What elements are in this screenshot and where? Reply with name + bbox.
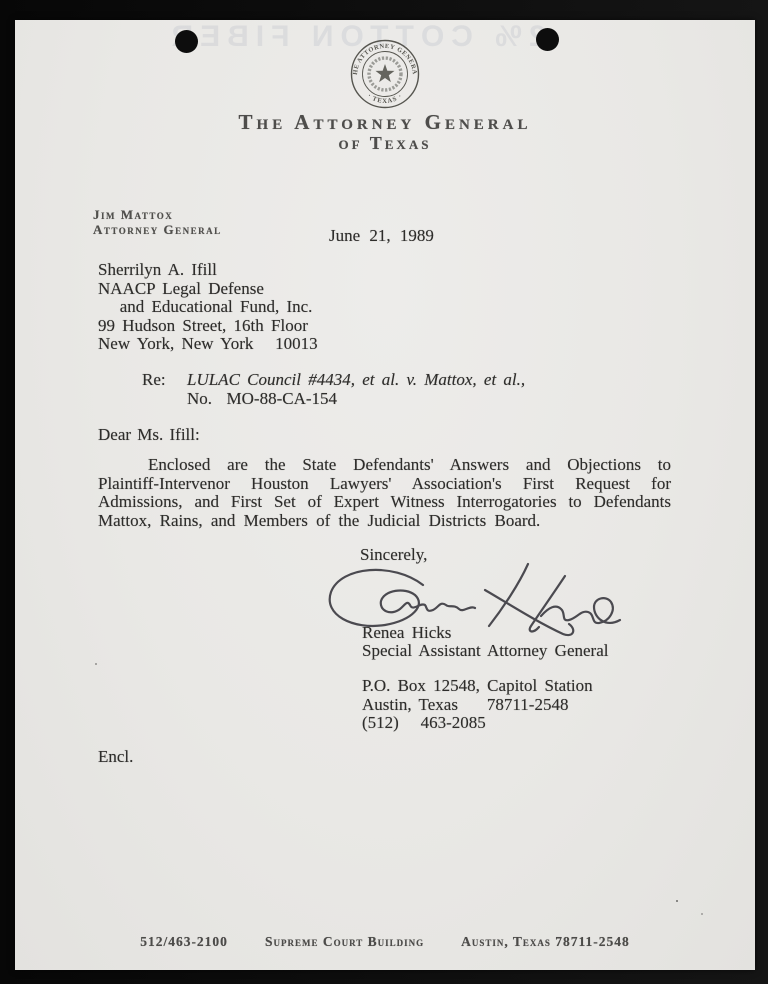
masthead-title-line1: The Attorney General — [15, 110, 755, 135]
sender-line: (512) 463-2085 — [362, 714, 593, 733]
signature-stroke — [330, 570, 475, 626]
dust-speck — [676, 900, 678, 902]
dust-speck — [95, 663, 97, 665]
svg-text:· TEXAS ·: · TEXAS · — [366, 92, 404, 105]
attorney-general-seal-icon: THE ATTORNEY GENERAL · TEXAS · — [349, 38, 421, 110]
letter-page: 2% COTTON FIBER THE ATTORNEY GENERAL · T… — [15, 20, 755, 970]
re-case-name: LULAC Council #4434, et al. v. Mattox, e… — [187, 371, 525, 390]
dust-speck — [701, 913, 703, 915]
official-name: Jim Mattox — [93, 207, 222, 222]
hole-punch-right-icon — [536, 28, 559, 51]
letter-date: June 21, 1989 — [329, 227, 434, 246]
signature-stroke — [541, 598, 620, 623]
sender-line: Austin, Texas 78711-2548 — [362, 696, 593, 715]
signer-title: Special Assistant Attorney General — [362, 642, 608, 661]
scan-background: 2% COTTON FIBER THE ATTORNEY GENERAL · T… — [0, 0, 768, 984]
signer-name: Renea Hicks — [362, 624, 451, 643]
re-case-number: No. MO-88-CA-154 — [187, 390, 525, 409]
seal-star-icon — [375, 64, 394, 82]
recipient-address-block: Sherrilyn A. Ifill NAACP Legal Defense a… — [98, 261, 318, 354]
letterhead-footer: 512/463-2100 Supreme Court Building Aust… — [15, 934, 755, 950]
sender-line: P.O. Box 12548, Capitol Station — [362, 677, 593, 696]
signature-stroke — [530, 576, 565, 631]
hole-punch-left-icon — [175, 30, 198, 53]
official-name-block: Jim Mattox Attorney General — [93, 207, 222, 237]
re-block: LULAC Council #4434, et al. v. Mattox, e… — [187, 371, 525, 408]
seal-bottom-text: · TEXAS · — [366, 92, 404, 105]
recipient-line: 99 Hudson Street, 16th Floor — [98, 317, 318, 336]
sender-address-block: P.O. Box 12548, Capitol Station Austin, … — [362, 677, 593, 733]
recipient-line: NAACP Legal Defense — [98, 280, 318, 299]
re-label: Re: — [142, 371, 166, 390]
footer-building: Supreme Court Building — [265, 934, 424, 950]
official-title: Attorney General — [93, 222, 222, 237]
footer-address: Austin, Texas 78711-2548 — [461, 934, 630, 950]
body-paragraph: Enclosed are the State Defendants' Answe… — [98, 456, 671, 530]
recipient-line: New York, New York 10013 — [98, 335, 318, 354]
masthead-title-line2: of Texas — [15, 133, 755, 154]
recipient-line: Sherrilyn A. Ifill — [98, 261, 318, 280]
recipient-line: and Educational Fund, Inc. — [98, 298, 318, 317]
footer-phone: 512/463-2100 — [140, 934, 228, 950]
enclosure-note: Encl. — [98, 748, 133, 767]
salutation: Dear Ms. Ifill: — [98, 426, 200, 445]
